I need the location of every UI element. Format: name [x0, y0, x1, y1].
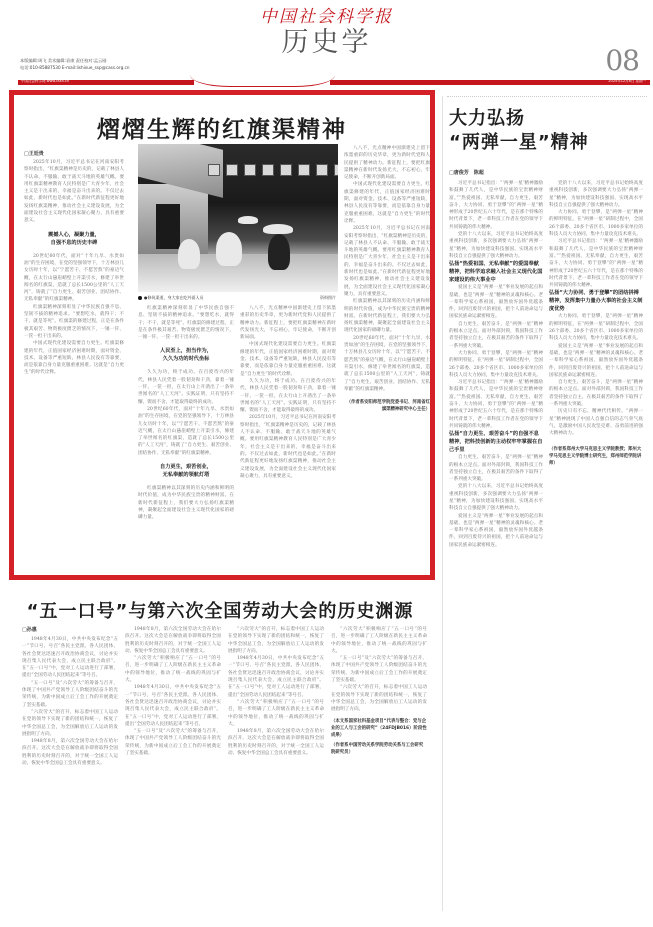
paragraph: 2025年10月，习近平总书记在河南安阳考察时指出，“红旗渠精神是历史的，记载了… — [24, 159, 124, 225]
paragraph: 2025年10月，习近平总书记在河南安阳考察时指出，“红旗渠精神是历史的，记载了… — [240, 414, 336, 480]
masthead-curve-divider — [190, 75, 335, 87]
right-subhead-3: 弘扬“自力更生、艰苦奋斗”的自强不息精神，把科技创新的主动权牢牢掌握在自己手里 — [449, 430, 543, 454]
paragraph: 党的十八大以来，习近平总书记始终高度重视科技创新，多次强调要大力弘扬“两弹一星”… — [449, 231, 543, 260]
bottom-column-4: “六次劳大”积极响应了“五一口号”的号召，进一步明确了工人阶级在新民主主义革命中… — [331, 626, 427, 904]
divider — [447, 96, 647, 97]
paragraph: 20世纪60年代，面对“十年九旱、水贵如油”的生存困境，在党的坚强领导下，十万林… — [24, 253, 124, 304]
paragraph: 党的十八大以来，习近平总书记始终高度重视科技创新，多次强调要大力弘扬“两弹一星”… — [449, 483, 543, 512]
right-author-note: （作者系郑州大学马克思主义学院教授；郑州大学马克思主义学院博士研究生，郑州师范学… — [549, 446, 643, 467]
paragraph: 大力协同、勇于登攀，是“两弹一星”精神的鲜明特征。在“两弹一星”研制过程中，全国… — [449, 350, 543, 379]
paragraph: 1948年4月30日，中共中央发布纪念“五一”节口号，号召“各民主党派、各人民团… — [125, 684, 221, 728]
caption-bullet-icon — [138, 296, 142, 300]
feature-subhead-1: 震撼人心，凝聚力量， 自强不息的历史丰碑 — [24, 231, 124, 247]
bottom-article-title: “五一口号”与第六次全国劳动大会的历史渊源 — [0, 597, 440, 623]
paragraph: 中国式现代化建设需要自力更生。红旗渠修建的年代，正值国家经济困难时期，面对资金、… — [240, 341, 336, 377]
paragraph: 1948年4月30日，中共中央发布纪念“五一”节口号，号召“各民主党派、各人民团… — [22, 636, 118, 680]
paragraph: 爱国主义是“两弹一星”事业发展的起点和基础，也是“两弹一星”精神的灵魂和核心。老… — [549, 343, 643, 379]
paragraph: 1948年8月，第六次全国劳动大会在哈尔滨召开。这次大会是在解放战争即将取得全国… — [125, 626, 221, 655]
section-name: 历史学 — [0, 20, 653, 59]
bottom-column-3: “六次劳大”的召开，标志着中国工人运动在党的领导下实现了新的团结和统一，恢复了中… — [228, 626, 324, 904]
website-text: 中国社会科学网 www.cssn.cn — [21, 79, 69, 84]
feature-column-1: 2025年10月，习近平总书记在河南安阳考察时指出，“红旗渠精神是历史的，记载了… — [24, 159, 124, 569]
paragraph: 中国式现代化建设需要自力更生。红旗渠修建的年代，正值国家经济困难时期，面对资金、… — [344, 181, 430, 225]
paragraph: 1948年8月，第六次全国劳动大会在哈尔滨召开。这次大会是在解放战争即将取得全国… — [22, 738, 118, 767]
bottom-column-2: 1948年8月，第六次全国劳动大会在哈尔滨召开。这次大会是在解放战争即将取得全国… — [125, 626, 221, 904]
bottom-column-1: 1948年4月30日，中共中央发布纪念“五一”节口号，号召“各民主党派、各人民团… — [22, 636, 118, 904]
paragraph: 八八不，光点精神中国渐建史上留下浓墨重彩的历史华章，更为新时代党和人民提供了精神… — [344, 145, 430, 181]
right-title-line-1: 大力弘扬 — [449, 107, 589, 131]
photo-worker — [268, 234, 290, 270]
feature-subhead-2: 人民至上，担当作为， 久久为功的时代坐标 — [138, 347, 234, 363]
website-bar: 中国社会科学网 www.cssn.cn — [18, 80, 194, 85]
paragraph: 20世纪60年代，面对“十年九旱、水贵如油”的生存困境，在党的坚强领导下，十万林… — [344, 335, 430, 393]
paragraph: 历史只有不忘，精神代代相传。“两弹一星”精神展现了中国人自强自信的志气骨气底气，… — [549, 408, 643, 437]
paragraph: 红旗渠精神以其深刻的历史内涵和鲜明的时代价值，成为中华民族宝贵的精神财富。在新时… — [138, 485, 234, 521]
paragraph: 红旗渠精神深刻彰显了中华民族自强不息、坚韧不拔的精神追求。“要想吃水，就得干；不… — [24, 304, 124, 340]
paragraph: “六次劳大”积极响应了“五一口号”的号召，进一步明确了工人阶级在新民主主义革命中… — [228, 699, 324, 728]
paragraph: 1948年8月，第六次全国劳动大会在哈尔滨召开。这次大会是在解放战争即将取得全国… — [228, 728, 324, 757]
paragraph: 久久为功，终于成功。在百废待兴的年代，林县人民凭着一股韧劲和干劲，靠着一锤一钎、… — [240, 378, 336, 414]
paragraph: “六次劳大”积极响应了“五一口号”的号召，进一步明确了工人阶级在新民主主义革命中… — [331, 626, 427, 655]
paragraph: 大力协同、勇于登攀，是“两弹一星”精神的鲜明特征。在“两弹一星”研制过程中，全国… — [549, 313, 643, 342]
right-title-line-2: “两弹一星”精神 — [449, 131, 589, 155]
paragraph: 八八不，光点精神中国渐建史上留下浓墨重彩的历史华章，更为新时代党和人民提供了精神… — [240, 305, 336, 341]
paragraph: 中国式现代化建设需要自力更生。红旗渠修建的年代，正值国家经济困难时期，面对资金、… — [24, 340, 124, 376]
date-bar: 2025年12月8日 星期一 — [330, 80, 650, 85]
feature-article: 熠熠生辉的红旗渠精神 □王廷贵 2025年10月，习近平总书记在河南安阳考察时指… — [9, 90, 435, 580]
masthead: 本版编辑:周飞 美术编辑:袁康 责任校对:孟云刚 电话:010-85887530… — [0, 0, 653, 90]
feature-subhead-3: 自力更生，艰苦创业， 无私奉献的领航灯塔 — [138, 463, 234, 479]
paragraph: 红旗渠精神深刻彰显了中华民族自强不息、坚韧不拔的精神追求。“要想吃水，就得干；不… — [138, 305, 234, 341]
photo-worker — [216, 232, 242, 266]
paragraph: 爱国主义是“两弹一星”事业发展的起点和基础，也是“两弹一星”精神的灵魂和核心。老… — [449, 513, 543, 549]
feature-photo — [138, 144, 338, 292]
photo-signboards — [208, 164, 338, 176]
paragraph: “五一口号”及“六次劳大”的筹备与召开，体现了中国共产党领导工人阶级团结奋斗的光… — [125, 728, 221, 757]
paragraph: 党的十八大以来，习近平总书记始终高度重视科技创新，多次强调要大力弘扬“两弹一星”… — [549, 180, 643, 209]
masthead-info: 本版编辑:周飞 美术编辑:袁康 责任校对:孟云刚 电话:010-85887530… — [20, 57, 130, 71]
bottom-article-byline: □孙惠 — [22, 626, 37, 633]
photo-caption: ●修筑渠道，身大家在吃外面人员 资料图片 — [138, 295, 338, 301]
paragraph: 习近平总书记指出：“‘两弹一星’精神激励和鼓舞了几代人，是中华民族的宝贵精神财富… — [449, 180, 543, 231]
caption-text: ●修筑渠道，身大家在吃外面人员 — [144, 295, 204, 300]
paragraph: “五一口号”及“六次劳大”的筹备与召开，体现了中国共产党领导工人阶级团结奋斗的光… — [22, 680, 118, 709]
feature-column-4: 八八不，光点精神中国渐建史上留下浓墨重彩的历史华章，更为新时代党和人民提供了精神… — [344, 145, 430, 575]
right-column-1: 习近平总书记指出：“‘两弹一星’精神激励和鼓舞了几代人，是中华民族的宝贵精神财富… — [449, 180, 543, 910]
photo-worker-hat — [238, 216, 258, 224]
right-column-2: 党的十八大以来，习近平总书记始终高度重视科技创新，多次强调要大力弘扬“两弹一星”… — [549, 180, 643, 910]
paragraph: 爱国主义是“两弹一星”事业发展的起点和基础，也是“两弹一星”精神的灵魂和核心。老… — [449, 284, 543, 320]
paragraph: “六次劳大”的召开，标志着中国工人运动在党的领导下实现了新的团结和统一，恢复了中… — [228, 626, 324, 655]
right-subhead-1: 弘扬“热爱祖国、无私奉献”的爱国奉献精神，把科学追求融入社会主义现代化国家建设的… — [449, 260, 543, 284]
paragraph: 大力协同、勇于登攀，是“两弹一星”精神的鲜明特征。在“两弹一星”研制过程中，全国… — [549, 209, 643, 238]
paragraph: 久久为功，终于成功。在百废待兴的年代，林县人民凭着一股韧劲和干劲，靠着一锤一钎、… — [138, 369, 234, 405]
feature-column-3: 八八不，光点精神中国渐建史上留下浓墨重彩的历史华章，更为新时代党和人民提供了精神… — [240, 305, 336, 569]
feature-author-note: （作者系安阳师范学院党委书记、河南省红旗渠精神研究中心主任） — [344, 399, 430, 413]
photo-door — [156, 204, 180, 249]
paragraph: 习近平总书记指出：“‘两弹一星’精神激励和鼓舞了几代人，是中华民族的宝贵精神财富… — [549, 238, 643, 289]
feature-column-2: 红旗渠精神深刻彰显了中华民族自强不息、坚韧不拔的精神追求。“要想吃水，就得干；不… — [138, 305, 234, 569]
right-article-title: 大力弘扬 “两弹一星”精神 — [449, 107, 589, 155]
contact-line: 电话:010-85887530 E-mail:lishixue_ssp@cass… — [20, 64, 130, 71]
page-number: 08 — [605, 44, 639, 77]
paragraph: 自力更生、艰苦奋斗，是“两弹一星”精神的根本立足点。面对外部封锁，我国科技工作者… — [449, 321, 543, 350]
paragraph: 习近平总书记指出：“‘两弹一星’精神激励和鼓舞了几代人，是中华民族的宝贵精神财富… — [449, 379, 543, 430]
bottom-funding-note: （本文系国家社科基金项目“代表与整合：党与企业的工人与工会的研究”（24FDJB… — [331, 718, 427, 739]
feature-title: 熠熠生辉的红旗渠精神 — [14, 111, 430, 144]
photo-worker-hat — [263, 224, 293, 234]
paragraph: 红旗渠精神以其深刻的历史内涵和鲜明的时代价值，成为中华民族宝贵的精神财富。在新时… — [344, 298, 430, 334]
paragraph: 20世纪60年代，面对“十年九旱、水贵如油”的生存困境，在党的坚强领导下，十万林… — [138, 406, 234, 457]
column-divider — [442, 96, 443, 911]
right-subhead-2: 弘扬“大力协同、勇于登攀”的团结拼搏精神，发挥集中力量办大事的社会主义制度优势 — [549, 289, 643, 313]
photo-worker — [178, 239, 200, 269]
paragraph: “六次劳大”的召开，标志着中国工人运动在党的领导下实现了新的团结和统一，恢复了中… — [22, 709, 118, 738]
right-article-byline: □唐俊芳 陈超 — [449, 169, 484, 176]
paragraph: “五一口号”及“六次劳大”的筹备与召开，体现了中国共产党领导工人阶级团结奋斗的光… — [331, 655, 427, 684]
date-text: 2025年12月8日 星期一 — [608, 79, 646, 84]
paragraph: “六次劳大”的召开，标志着中国工人运动在党的领导下实现了新的团结和统一，恢复了中… — [331, 684, 427, 713]
paragraph: 1948年4月30日，中共中央发布纪念“五一”节口号，号召“各民主党派、各人民团… — [228, 655, 324, 699]
feature-byline: □王廷贵 — [24, 150, 44, 157]
paragraph: “六次劳大”积极响应了“五一口号”的号召，进一步明确了工人阶级在新民主主义革命中… — [125, 655, 221, 684]
paragraph: 自力更生、艰苦奋斗，是“两弹一星”精神的根本立足点。面对外部封锁，我国科技工作者… — [449, 454, 543, 483]
paragraph: 2025年10月，习近平总书记在河南安阳考察时指出，“红旗渠精神是历史的，记载了… — [344, 225, 430, 298]
paragraph: 自力更生、艰苦奋斗，是“两弹一星”精神的根本立足点。面对外部封锁，我国科技工作者… — [549, 379, 643, 408]
photo-credit: 资料图片 — [320, 295, 336, 301]
bottom-author-note: （作者系中国劳动关系学院劳动关系与工会研究院研究员） — [331, 742, 427, 756]
